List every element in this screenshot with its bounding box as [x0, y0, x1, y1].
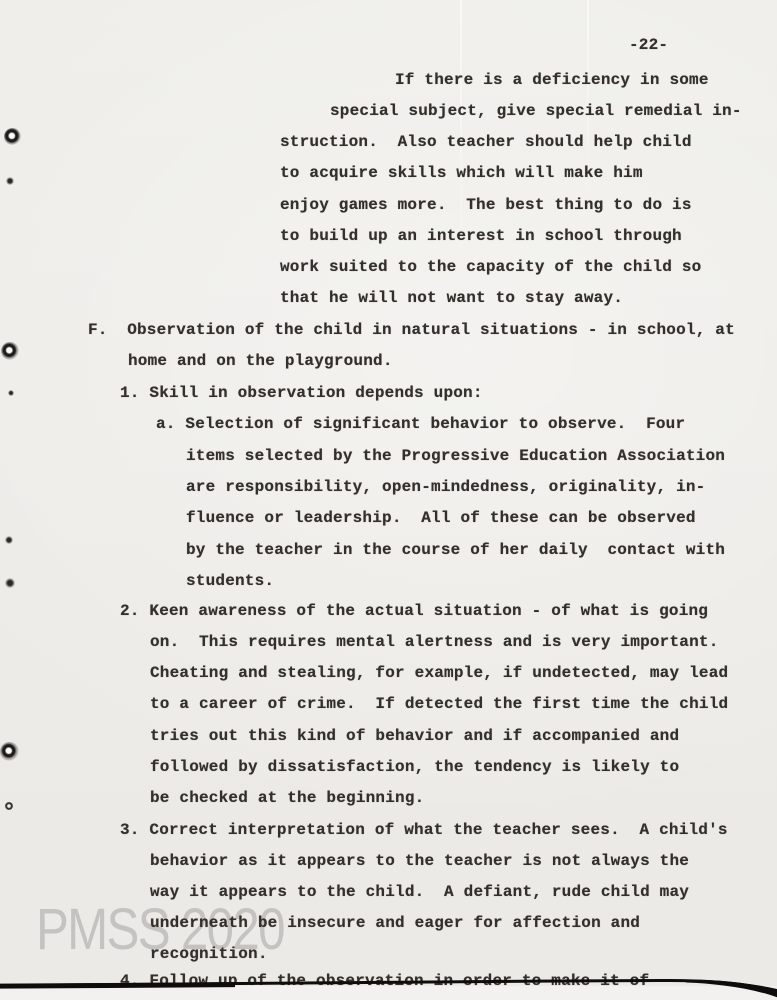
text-line: struction. Also teacher should help chil…	[280, 132, 692, 152]
hole-punch-mark	[0, 742, 19, 761]
text-line: enjoy games more. The best thing to do i…	[280, 195, 692, 215]
text-line: tries out this kind of behavior and if a…	[150, 726, 679, 746]
ink-spot-mark	[5, 802, 13, 810]
text-line: items selected by the Progressive Educat…	[186, 446, 725, 466]
text-line: behavior as it appears to the teacher is…	[150, 851, 689, 871]
text-line: way it appears to the child. A defiant, …	[150, 882, 689, 902]
typed-lines: If there is a deficiency in somespecial …	[0, 0, 777, 1000]
text-line: are responsibility, open-mindedness, ori…	[186, 477, 705, 497]
text-line: to acquire skills which will make him	[280, 163, 643, 183]
text-line: on. This requires mental alertness and i…	[150, 632, 719, 652]
ink-spot-mark	[5, 536, 13, 544]
text-line: students.	[186, 571, 274, 591]
document-page: PMSS 2020 -22- If there is a deficiency …	[0, 0, 777, 1000]
text-line: a. Selection of significant behavior to …	[156, 414, 685, 434]
text-line: work suited to the capacity of the child…	[280, 257, 701, 277]
text-line: by the teacher in the course of her dail…	[186, 540, 725, 560]
text-line: recognition.	[150, 944, 268, 964]
text-line: 1. Skill in observation depends upon:	[120, 383, 483, 403]
text-line: be checked at the beginning.	[150, 788, 424, 808]
text-line: fluence or leadership. All of these can …	[186, 508, 696, 528]
text-line: 3. Correct interpretation of what the te…	[120, 820, 728, 840]
hole-punch-mark	[1, 342, 19, 360]
ink-spot-mark	[6, 177, 14, 185]
text-line: to a career of crime. If detected the fi…	[150, 694, 728, 714]
ink-spot-mark	[5, 578, 15, 588]
text-line: Cheating and stealing, for example, if u…	[150, 663, 728, 683]
text-line: followed by dissatisfaction, the tendenc…	[150, 757, 679, 777]
text-line: 2. Keen awareness of the actual situatio…	[120, 601, 708, 621]
ink-spot-mark	[8, 390, 14, 396]
text-line: underneath be insecure and eager for aff…	[150, 913, 640, 933]
text-line: If there is a deficiency in some	[395, 70, 709, 90]
text-line: F. Observation of the child in natural s…	[88, 320, 735, 340]
page-edge-shadow	[0, 972, 777, 1000]
text-line: that he will not want to stay away.	[280, 288, 623, 308]
text-line: home and on the playground.	[128, 351, 393, 371]
text-line: special subject, give special remedial i…	[330, 101, 742, 121]
hole-punch-mark	[4, 128, 21, 145]
text-line: to build up an interest in school throug…	[280, 226, 682, 246]
